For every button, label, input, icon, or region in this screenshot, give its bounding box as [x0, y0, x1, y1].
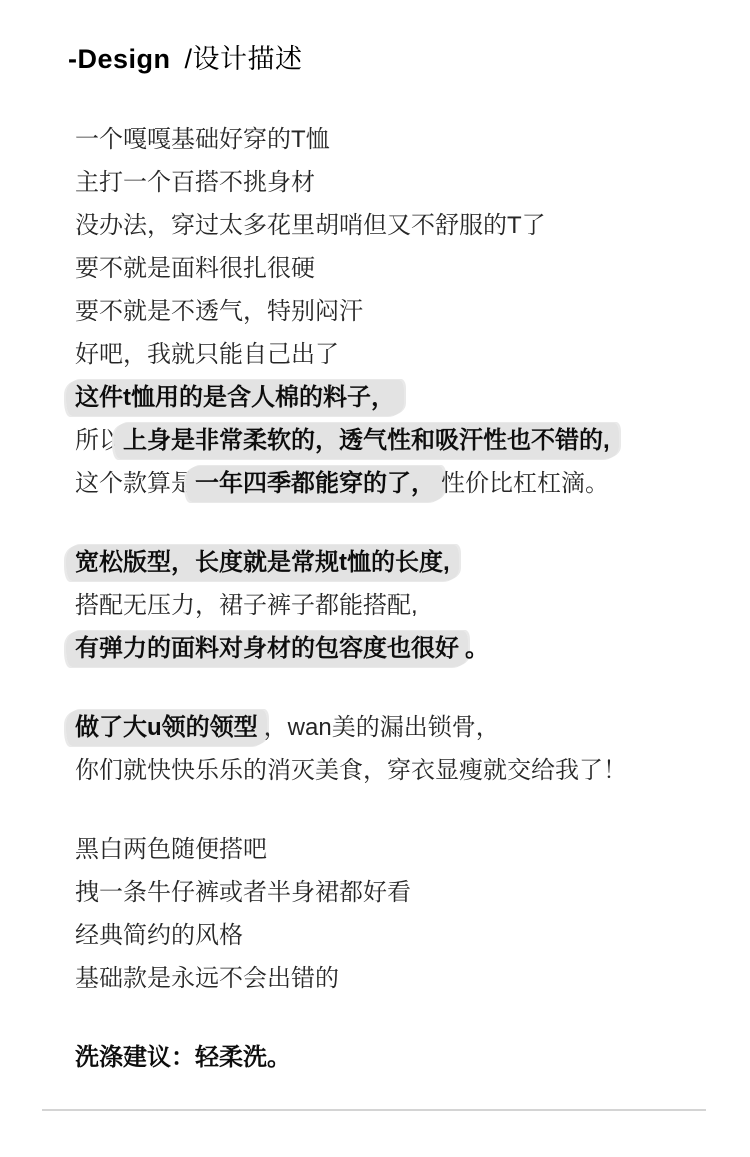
highlighted-text: 这件t恤用的是含人棉的料子，	[66, 380, 404, 416]
text-line: 这个款算是一年四季都能穿的了，性价比杠杠滴。	[75, 462, 705, 505]
highlighted-text: 做了大u领的领型	[66, 710, 267, 746]
paragraph: 宽松版型，长度就是常规t恤的长度,搭配无压力，裙子裤子都能搭配,有弹力的面料对身…	[75, 541, 705, 670]
plain-text: 这个款算是	[75, 470, 195, 497]
text-line: 搭配无压力，裙子裤子都能搭配,	[75, 584, 705, 627]
plain-text: 好吧，我就只能自己出了	[75, 341, 339, 368]
plain-text: 主打一个百搭不挑身材	[75, 169, 315, 196]
text-line: 一个嘎嘎基础好穿的T恤	[75, 118, 705, 161]
description-body: 一个嘎嘎基础好穿的T恤主打一个百搭不挑身材没办法，穿过太多花里胡哨但又不舒服的T…	[68, 118, 705, 1079]
text-line: 你们就快快乐乐的消灭美食，穿衣显瘦就交给我了！	[75, 749, 705, 792]
plain-text: 洗涤建议：轻柔洗。	[75, 1044, 291, 1071]
design-description-page: -Design /设计描述 一个嘎嘎基础好穿的T恤主打一个百搭不挑身材没办法，穿…	[0, 0, 750, 1157]
text-line: 黑白两色随便搭吧	[75, 828, 705, 871]
text-line: 主打一个百搭不挑身材	[75, 161, 705, 204]
text-line: 这件t恤用的是含人棉的料子，	[75, 376, 705, 419]
text-line: 做了大u领的领型，wan美的漏出锁骨，	[75, 706, 705, 749]
plain-text: 黑白两色随便搭吧	[75, 836, 267, 863]
text-line: 所以上身是非常柔软的，透气性和吸汗性也不错的,	[75, 419, 705, 462]
highlighted-text: 宽松版型，长度就是常规t恤的长度,	[66, 545, 459, 581]
text-line: 有弹力的面料对身材的包容度也很好。	[75, 627, 705, 670]
text-line: 宽松版型，长度就是常规t恤的长度,	[75, 541, 705, 584]
highlighted-text: 一年四季都能穿的了，	[186, 466, 444, 502]
plain-text: 。	[465, 635, 489, 662]
text-line: 要不就是面料很扎很硬	[75, 247, 705, 290]
page-title: -Design /设计描述	[68, 42, 705, 76]
highlighted-text: 上身是非常柔软的，透气性和吸汗性也不错的,	[114, 423, 619, 459]
plain-text: 你们就快快乐乐的消灭美食，穿衣显瘦就交给我了！	[75, 757, 627, 784]
title-chinese: /设计描述	[185, 44, 303, 74]
plain-text: 基础款是永远不会出错的	[75, 965, 339, 992]
plain-text: 要不就是面料很扎很硬	[75, 255, 315, 282]
text-line: 基础款是永远不会出错的	[75, 957, 705, 1000]
text-line: 好吧，我就只能自己出了	[75, 333, 705, 376]
text-line: 洗涤建议：轻柔洗。	[75, 1036, 705, 1079]
paragraph: 一个嘎嘎基础好穿的T恤主打一个百搭不挑身材没办法，穿过太多花里胡哨但又不舒服的T…	[75, 118, 705, 505]
text-line: 要不就是不透气，特别闷汗	[75, 290, 705, 333]
plain-text: 一个嘎嘎基础好穿的T恤	[75, 126, 330, 153]
title-english: -Design	[68, 44, 171, 74]
plain-text: 性价比杠杠滴。	[441, 470, 609, 497]
text-line: 经典简约的风格	[75, 914, 705, 957]
text-line: 没办法，穿过太多花里胡哨但又不舒服的T了	[75, 204, 705, 247]
paragraph: 黑白两色随便搭吧拽一条牛仔裤或者半身裙都好看经典简约的风格基础款是永远不会出错的	[75, 828, 705, 1000]
section-divider	[42, 1109, 706, 1111]
plain-text: 搭配无压力，裙子裤子都能搭配,	[75, 592, 418, 619]
plain-text: 没办法，穿过太多花里胡哨但又不舒服的T了	[75, 212, 546, 239]
plain-text: 经典简约的风格	[75, 922, 243, 949]
highlighted-text: 有弹力的面料对身材的包容度也很好	[66, 631, 468, 667]
paragraph: 做了大u领的领型，wan美的漏出锁骨，你们就快快乐乐的消灭美食，穿衣显瘦就交给我…	[75, 706, 705, 792]
plain-text: 拽一条牛仔裤或者半身裙都好看	[75, 879, 411, 906]
text-line: 拽一条牛仔裤或者半身裙都好看	[75, 871, 705, 914]
plain-text: ，wan美的漏出锁骨，	[264, 714, 500, 741]
plain-text: 要不就是不透气，特别闷汗	[75, 298, 363, 325]
paragraph: 洗涤建议：轻柔洗。	[75, 1036, 705, 1079]
